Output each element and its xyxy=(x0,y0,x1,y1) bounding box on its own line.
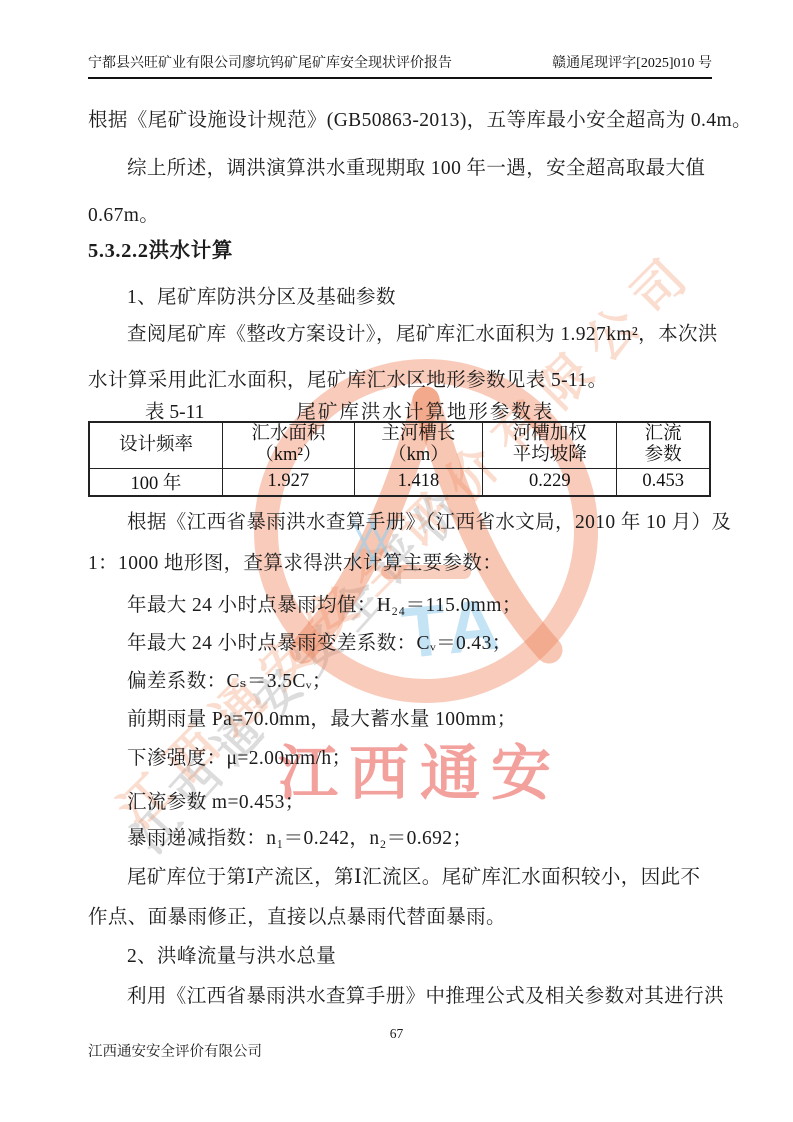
parameter-line: 暴雨递减指数：n₁＝0.242，n₂＝0.692； xyxy=(127,822,472,850)
col-header: 汇水面积 （km²） xyxy=(223,422,355,468)
footer-company-name: 江西通安安全评价有限公司 xyxy=(88,1040,262,1061)
table-caption-label: 表 5-11 xyxy=(145,396,204,424)
table-caption-title: 尾矿库洪水计算地形参数表 xyxy=(296,396,554,424)
paragraph-line: 作点、面暴雨修正，直接以点暴雨代替面暴雨。 xyxy=(88,901,506,929)
list-item-heading: 1、尾矿库防洪分区及基础参数 xyxy=(127,281,396,309)
table-cell: 0.453 xyxy=(617,468,710,496)
col-header-text: 河槽加权 xyxy=(483,424,616,445)
table-cell: 0.229 xyxy=(483,468,617,496)
paragraph-line: 综上所述，调洪演算洪水重现期取 100 年一遇，安全超高取最大值 xyxy=(127,152,705,180)
header-doc-number: 赣通尾现评字[2025]010 号 xyxy=(552,52,712,72)
paragraph-line: 根据《江西省暴雨洪水查算手册》（江西省水文局，2010 年 10 月）及 xyxy=(127,506,731,534)
page-header: 宁都县兴旺矿业有限公司廖坑钨矿尾矿库安全现状评价报告 赣通尾现评字[2025]0… xyxy=(88,52,712,79)
parameter-line: 偏差系数：Cₛ＝3.5Cᵥ； xyxy=(127,665,332,693)
flood-parameters-table: 设计频率 汇水面积 （km²） 主河槽长 （km） 河槽加权 平均坡降 汇流 xyxy=(88,421,711,497)
col-header: 河槽加权 平均坡降 xyxy=(483,422,617,468)
col-header-text: （km） xyxy=(355,445,483,466)
col-header-text: 汇水面积 xyxy=(223,424,354,445)
col-header-text: 参数 xyxy=(617,445,709,466)
parameter-line: 汇流参数 m=0.453； xyxy=(127,786,305,814)
paragraph-line: 根据《尾矿设施设计规范》(GB50863-2013)，五等库最小安全超高为 0.… xyxy=(88,104,752,132)
table-cell: 100 年 xyxy=(89,468,223,496)
col-header-text: 平均坡降 xyxy=(483,445,616,466)
col-header: 设计频率 xyxy=(89,422,223,468)
parameter-line: 年最大 24 小时点暴雨变差系数：Cᵥ＝0.43； xyxy=(127,627,512,655)
table-cell: 1.418 xyxy=(354,468,483,496)
table-caption: 表 5-11 尾矿库洪水计算地形参数表 xyxy=(88,396,712,424)
parameter-line: 下渗强度：μ=2.00mm/h； xyxy=(127,742,351,770)
paragraph-line: 查阅尾矿库《整改方案设计》，尾矿库汇水面积为 1.927km²，本次洪 xyxy=(127,318,718,346)
paragraph-line: 1：1000 地形图，查算求得洪水计算主要参数： xyxy=(88,547,502,575)
col-header-text: 设计频率 xyxy=(90,435,222,456)
paragraph-line: 尾矿库位于第Ⅰ产流区，第Ⅰ汇流区。尾矿库汇水面积较小，因此不 xyxy=(127,861,700,889)
header-report-title: 宁都县兴旺矿业有限公司廖坑钨矿尾矿库安全现状评价报告 xyxy=(88,52,452,72)
col-header-text: 汇流 xyxy=(617,424,709,445)
paragraph-line: 利用《江西省暴雨洪水查算手册》中推理公式及相关参数对其进行洪 xyxy=(127,980,724,1008)
table-header-row: 设计频率 汇水面积 （km²） 主河槽长 （km） 河槽加权 平均坡降 汇流 xyxy=(89,422,710,468)
paragraph-line: 水计算采用此汇水面积，尾矿库汇水区地形参数见表 5-11。 xyxy=(88,364,608,392)
col-header: 汇流 参数 xyxy=(617,422,710,468)
col-header-text: （km²） xyxy=(223,445,354,466)
paragraph-line: 0.67m。 xyxy=(88,199,159,227)
table-cell: 1.927 xyxy=(223,468,355,496)
col-header-text: 主河槽长 xyxy=(355,424,483,445)
parameter-line: 前期雨量 Pa=70.0mm，最大蓄水量 100mm； xyxy=(127,703,517,731)
col-header: 主河槽长 （km） xyxy=(354,422,483,468)
section-heading: 5.3.2.2洪水计算 xyxy=(88,233,233,263)
table-row: 100 年 1.927 1.418 0.229 0.453 xyxy=(89,468,710,496)
parameter-line: 年最大 24 小时点暴雨均值：H₂₄＝115.0mm； xyxy=(127,589,522,617)
list-item-heading: 2、洪峰流量与洪水总量 xyxy=(127,940,336,968)
document-page: 江西通安安全评价 江西通安安全评价有限公司 ╳╳ TA 江西通安 宁都县兴旺矿业… xyxy=(0,0,793,1122)
